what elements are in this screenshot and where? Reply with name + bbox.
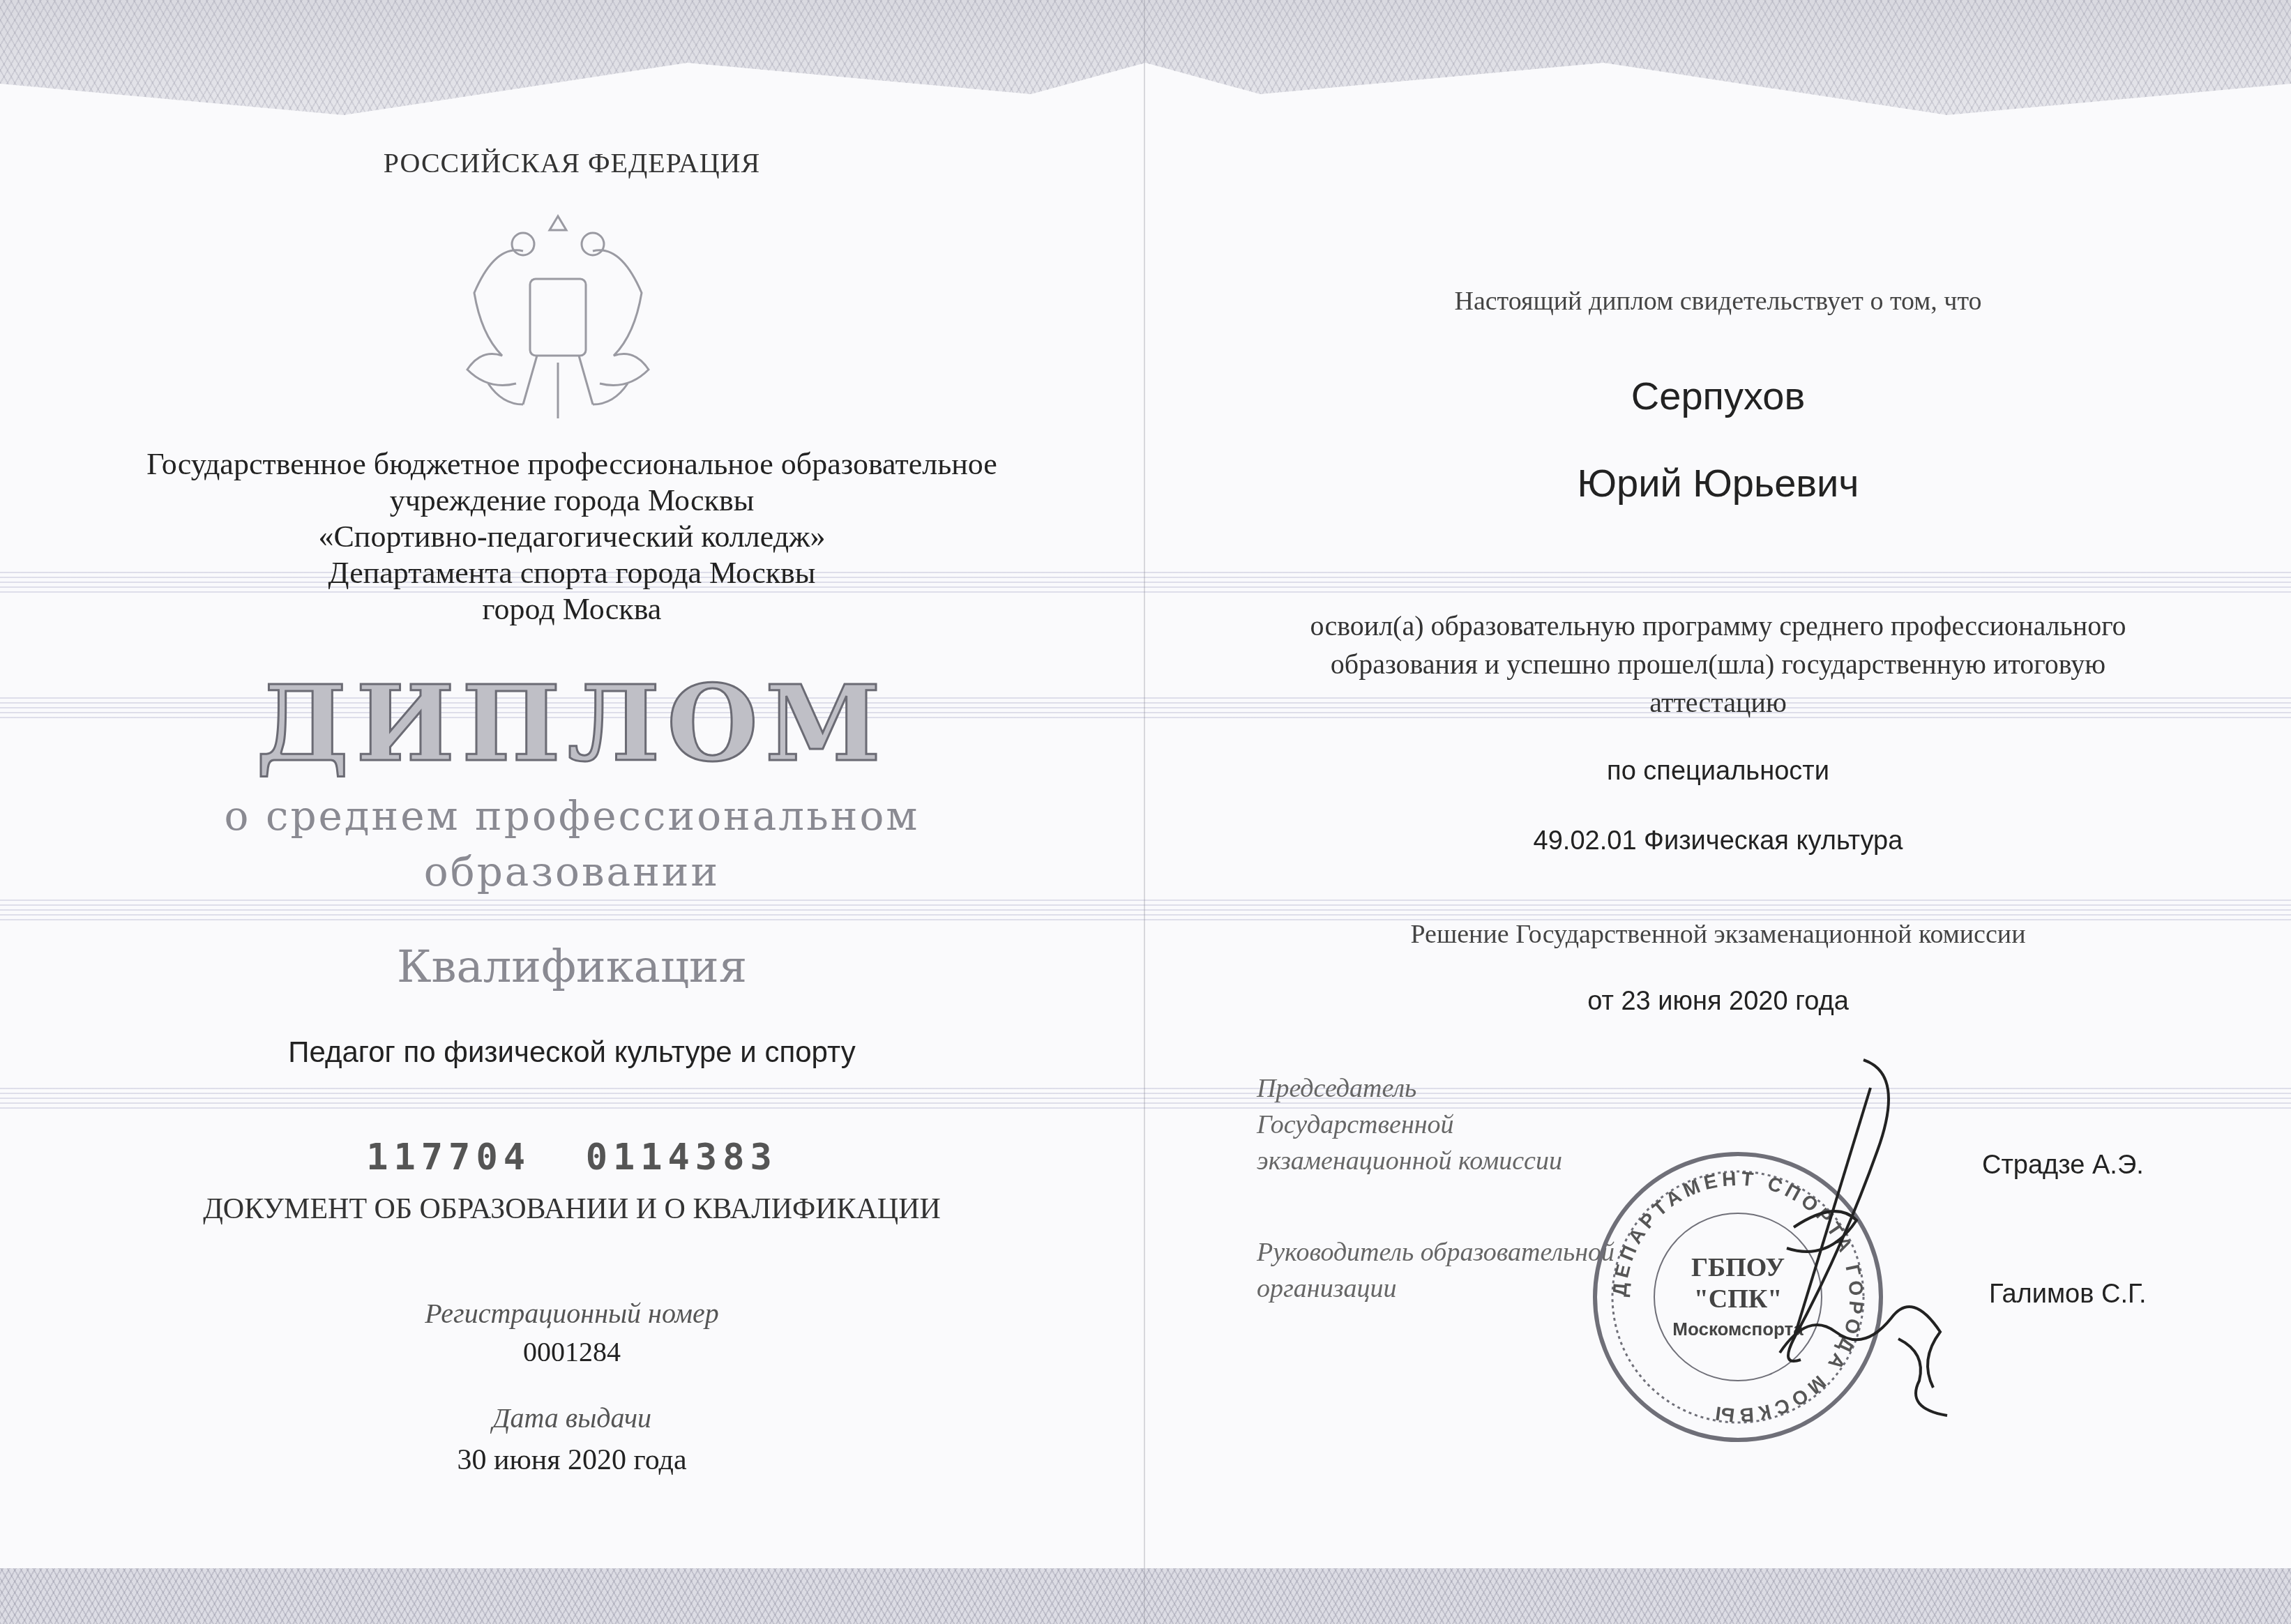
diploma-left-page: РОССИЙСКАЯ ФЕДЕРАЦИЯ Государственное бюд…: [0, 0, 1144, 1624]
russian-coat-of-arms-icon: [446, 202, 670, 453]
diploma-right-page: Настоящий диплом свидетельствует о том, …: [1145, 0, 2291, 1624]
handwritten-signature-icon: [1633, 1046, 1982, 1450]
program-line: образования и успешно прошел(шла) госуда…: [1229, 645, 2207, 683]
diploma-subtitle: о среднем профессиональном образовании: [0, 788, 1144, 900]
institution-name: Государственное бюджетное профессиональн…: [0, 446, 1144, 628]
signatory-name-chair: Страдзе А.Э.: [1982, 1151, 2144, 1181]
certification-intro: Настоящий диплом свидетельствует о том, …: [1145, 286, 2291, 317]
program-statement: освоил(а) образовательную программу сред…: [1145, 607, 2291, 722]
registration-label: Регистрационный номер: [0, 1297, 1144, 1330]
decision-label: Решение Государственной экзаменационной …: [1145, 919, 2291, 950]
role-line: экзаменационной комиссии: [1257, 1143, 1562, 1179]
issue-date: 30 июня 2020 года: [0, 1443, 1144, 1477]
institution-line: город Москва: [0, 591, 1144, 628]
qualification-value: Педагог по физической культуре и спорту: [0, 1035, 1144, 1069]
country-name: РОССИЙСКАЯ ФЕДЕРАЦИЯ: [0, 146, 1144, 179]
decision-date: от 23 июня 2020 года: [1145, 987, 2291, 1017]
role-line: Председатель: [1257, 1070, 1562, 1107]
subtitle-line: образовании: [0, 844, 1144, 900]
serial-number: 117704 0114383: [0, 1137, 1144, 1178]
diploma-title: ДИПЛОМ: [0, 662, 1144, 785]
graduate-given-names: Юрий Юрьевич: [1145, 460, 2291, 506]
registration-number: 0001284: [0, 1335, 1144, 1368]
document-type: ДОКУМЕНТ ОБ ОБРАЗОВАНИИ И О КВАЛИФИКАЦИИ: [0, 1192, 1144, 1226]
role-line: Государственной: [1257, 1107, 1562, 1143]
program-line: аттестацию: [1229, 683, 2207, 722]
role-line: организации: [1257, 1270, 1615, 1307]
institution-line: «Спортивно-педагогический колледж»: [0, 519, 1144, 555]
institution-line: учреждение города Москвы: [0, 483, 1144, 519]
signatory-name-director: Галимов С.Г.: [1989, 1280, 2146, 1310]
signatory-role-director: Руководитель образовательной организации: [1257, 1234, 1615, 1307]
issue-date-label: Дата выдачи: [0, 1402, 1144, 1434]
institution-line: Государственное бюджетное профессиональн…: [0, 446, 1144, 483]
graduate-surname: Серпухов: [1145, 373, 2291, 418]
role-line: Руководитель образовательной: [1257, 1234, 1615, 1270]
signatory-role-chair: Председатель Государственной экзаменацио…: [1257, 1070, 1562, 1179]
specialty-label: по специальности: [1145, 757, 2291, 787]
specialty-value: 49.02.01 Физическая культура: [1145, 826, 2291, 856]
program-line: освоил(а) образовательную программу сред…: [1229, 607, 2207, 645]
institution-line: Департамента спорта города Москвы: [0, 555, 1144, 591]
subtitle-line: о среднем профессиональном: [0, 788, 1144, 844]
qualification-heading: Квалификация: [0, 941, 1144, 993]
